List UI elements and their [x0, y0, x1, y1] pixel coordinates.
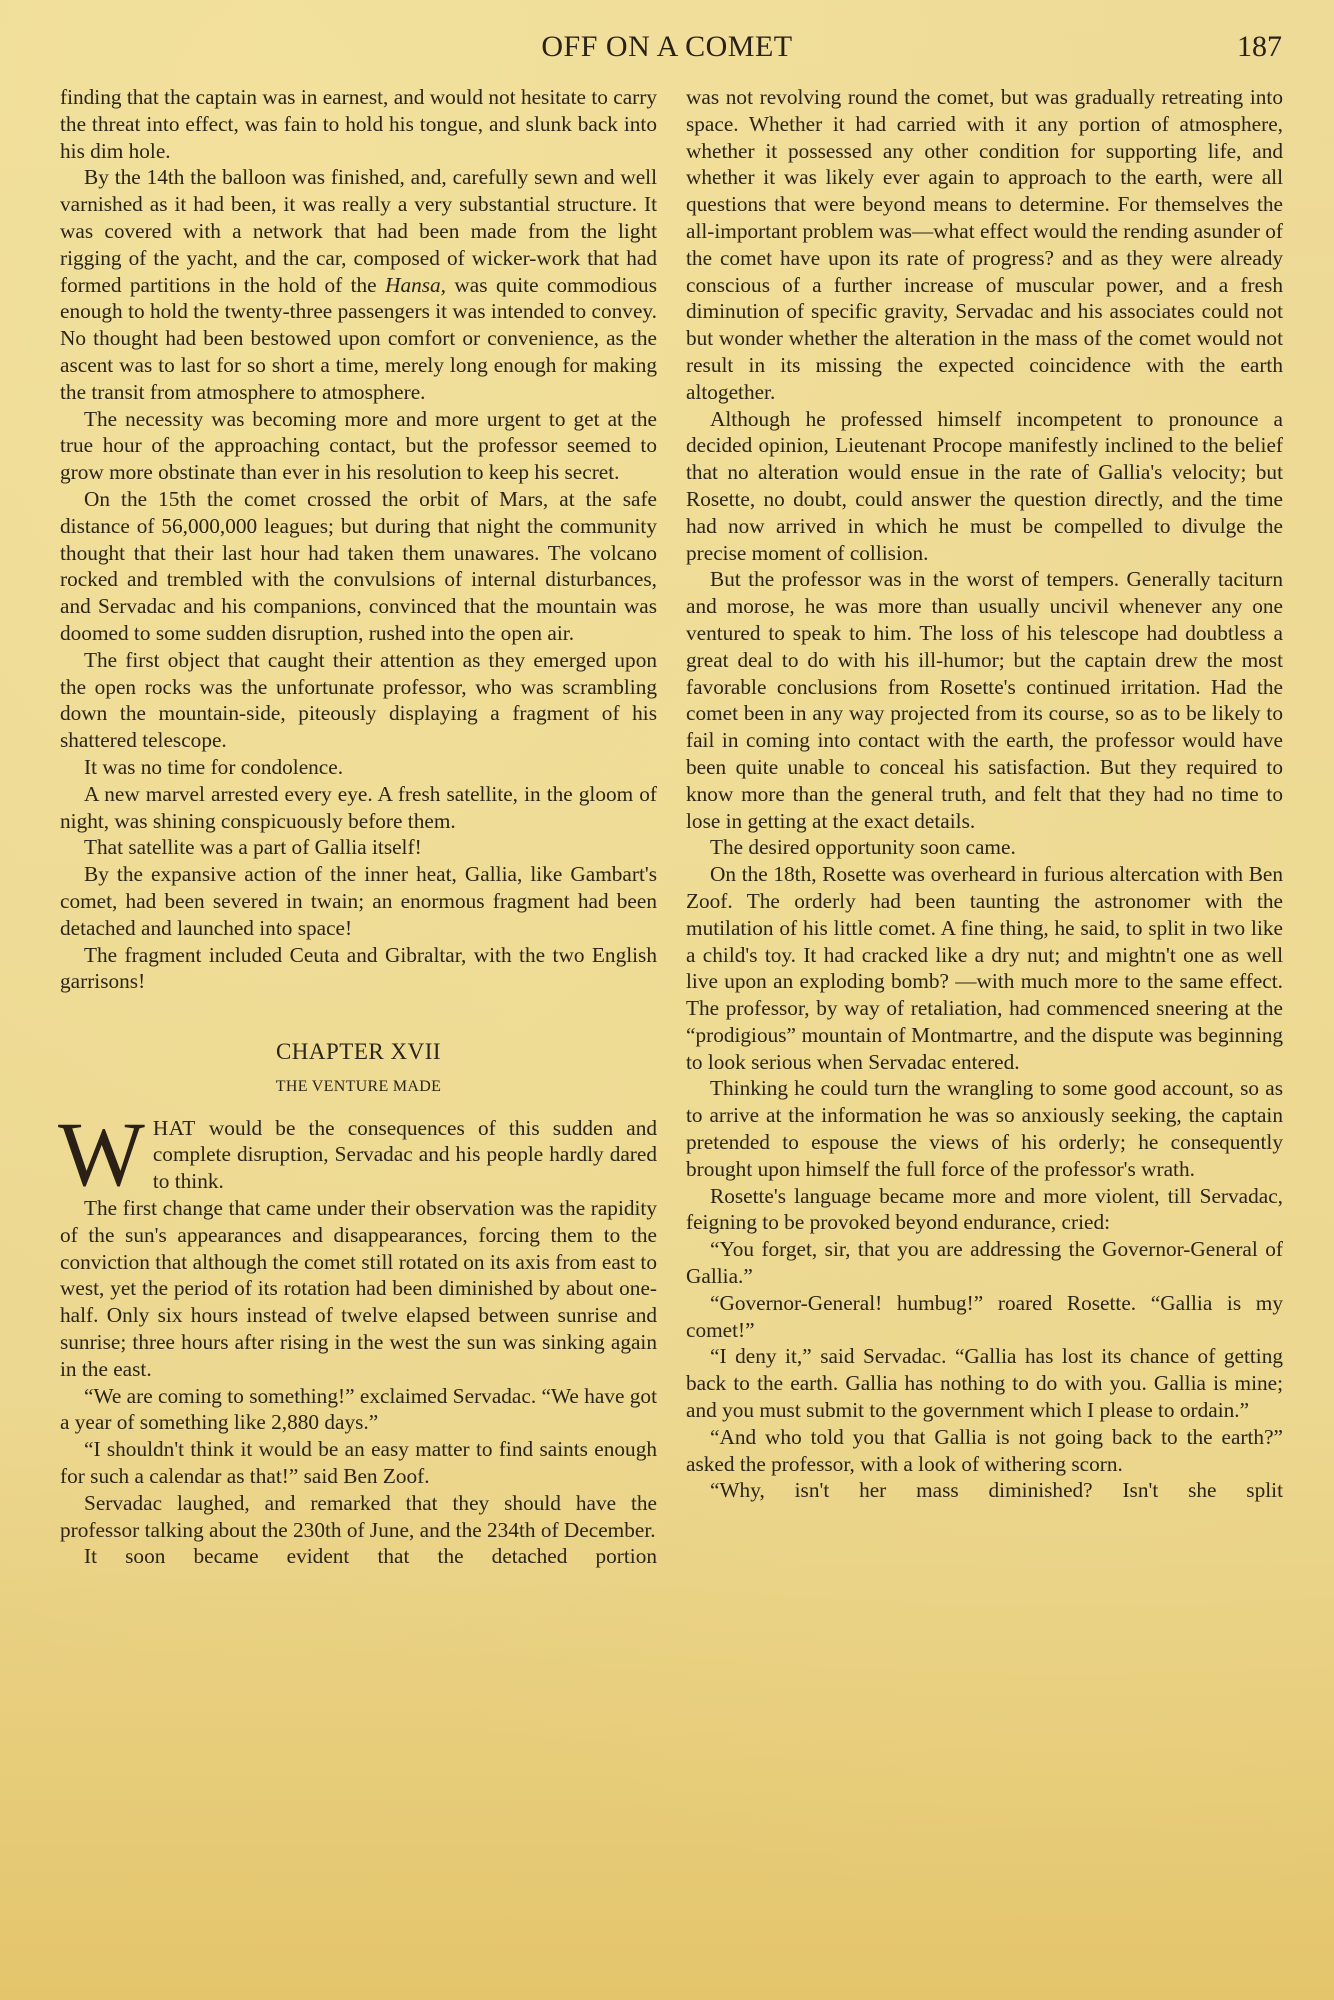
page-header: OFF ON A COMET 187 — [0, 30, 1334, 70]
paragraph: finding that the captain was in earnest,… — [60, 84, 657, 164]
paragraph: “Why, isn't her mass diminished? Isn't s… — [686, 1477, 1283, 1504]
paragraph: It soon became evident that the detached… — [60, 1543, 657, 1570]
paragraph: But the professor was in the worst of te… — [686, 566, 1283, 834]
paragraph: “I deny it,” said Servadac. “Gallia has … — [686, 1343, 1283, 1423]
paragraph: “You forget, sir, that you are addressin… — [686, 1236, 1283, 1290]
chapter-heading: CHAPTER XVII — [60, 1039, 657, 1066]
ship-name-italic: Hansa, — [385, 273, 446, 297]
lead-caps: HAT — [153, 1116, 196, 1140]
paragraph: On the 15th the comet crossed the orbit … — [60, 486, 657, 647]
paragraph: By the 14th the balloon was finished, an… — [60, 164, 657, 405]
paragraph: That satellite was a part of Gallia itse… — [60, 834, 657, 861]
paragraph-text: would be the consequences of this sudden… — [153, 1116, 657, 1194]
paragraph: was not revolving round the comet, but w… — [686, 84, 1283, 406]
paragraph: The fragment included Ceuta and Gibralta… — [60, 942, 657, 996]
running-title: OFF ON A COMET — [0, 30, 1334, 64]
paragraph: It was no time for condolence. — [60, 754, 657, 781]
drop-cap: W — [58, 1117, 145, 1195]
paragraph: Thinking he could turn the wrangling to … — [686, 1075, 1283, 1182]
paragraph: “We are coming to something!” exclaimed … — [60, 1383, 657, 1437]
paragraph: The first object that caught their atten… — [60, 647, 657, 754]
paragraph: The first change that came under their o… — [60, 1195, 657, 1383]
paragraph: A new marvel arrested every eye. A fresh… — [60, 781, 657, 835]
left-column: finding that the captain was in earnest,… — [60, 84, 657, 1570]
paragraph: Rosette's language became more and more … — [686, 1183, 1283, 1237]
chapter-opening-paragraph: WHAT would be the consequences of this s… — [60, 1115, 657, 1195]
paragraph: The desired opportunity soon came. — [686, 834, 1283, 861]
chapter-subtitle: THE VENTURE MADE — [60, 1074, 657, 1101]
page-number: 187 — [1237, 30, 1282, 64]
paragraph: By the expansive action of the inner hea… — [60, 861, 657, 941]
paragraph: The necessity was becoming more and more… — [60, 406, 657, 486]
paragraph: “Governor-General! humbug!” roared Roset… — [686, 1290, 1283, 1344]
paragraph: “I shouldn't think it would be an easy m… — [60, 1436, 657, 1490]
paragraph: Although he professed himself incompeten… — [686, 406, 1283, 567]
right-column: was not revolving round the comet, but w… — [686, 84, 1283, 1504]
paragraph: On the 18th, Rosette was overheard in fu… — [686, 861, 1283, 1075]
paragraph: Servadac laughed, and remarked that they… — [60, 1490, 657, 1544]
paragraph: “And who told you that Gallia is not goi… — [686, 1424, 1283, 1478]
